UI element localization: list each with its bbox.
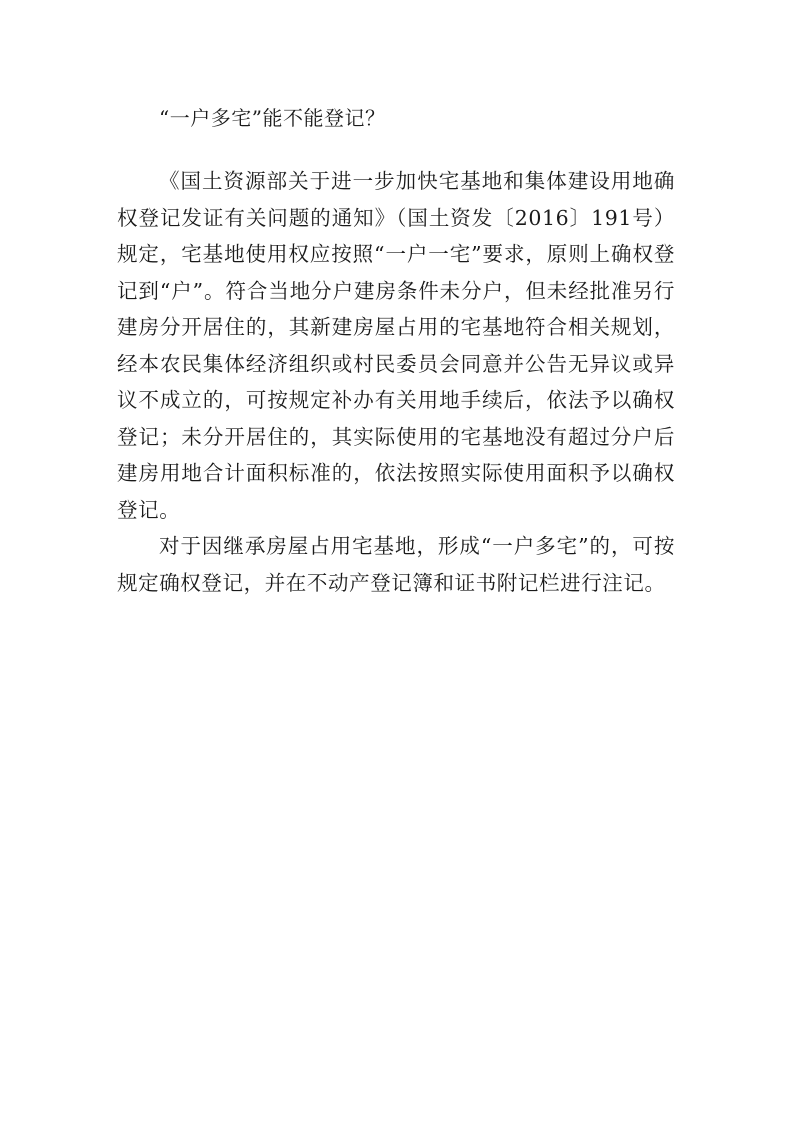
document-page: “一户多宅”能不能登记？ 《国土资源部关于进一步加快宅基地和集体建设用地确权登记… bbox=[117, 103, 675, 601]
paragraph-regulation: 《国土资源部关于进一步加快宅基地和集体建设用地确权登记发证有关问题的通知》（国土… bbox=[117, 163, 675, 528]
paragraph-inheritance: 对于因继承房屋占用宅基地，形成“一户多宅”的，可按规定确权登记，并在不动产登记簿… bbox=[117, 528, 675, 601]
document-title: “一户多宅”能不能登记？ bbox=[117, 103, 675, 133]
